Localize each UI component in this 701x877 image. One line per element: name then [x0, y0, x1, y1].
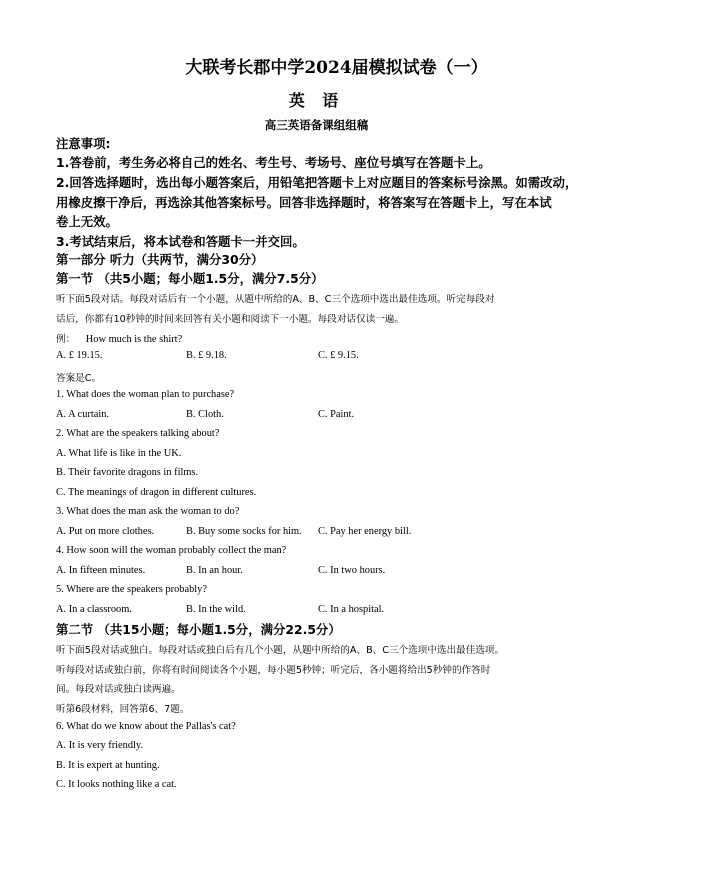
option-a: A. £ 19.15.: [56, 350, 102, 361]
option-a: A. Put on more clothes.: [56, 526, 154, 537]
section1-instruction: 听下面5段对话。每段对话后有一个小题，从题中所给的A、B、C三个选项中选出最佳选…: [56, 291, 494, 305]
option-a: A. A curtain.: [56, 409, 109, 420]
author-line: 高三英语备课组组稿: [0, 117, 667, 133]
option-b: B. £ 9.18.: [186, 350, 227, 361]
note-item: 用橡皮擦干净后，再选涂其他答案标号。回答非选择题时，将答案写在答题卡上，写在本试: [56, 193, 552, 211]
example-question-text: How much is the shirt?: [86, 334, 182, 345]
note-item: 卷上无效。: [56, 212, 118, 230]
option-b: B. It is expert at hunting.: [56, 760, 160, 771]
section1-instruction: 话后，你都有10秒钟的时间来回答有关小题和阅读下一小题。每段对话仅读一遍。: [56, 311, 404, 325]
option-b: B. Buy some socks for him.: [186, 526, 302, 537]
section2-instruction: 听每段对话或独白前，你将有时间阅读各个小题，每小题5秒钟；听完后，各小题将给出5…: [56, 662, 490, 676]
question-3: 3. What does the man ask the woman to do…: [56, 506, 239, 517]
example-label: 例：: [56, 334, 75, 345]
note-item: 3.考试结束后，将本试卷和答题卡一并交回。: [56, 232, 305, 250]
question-5: 5. Where are the speakers probably?: [56, 584, 207, 595]
option-a: A. In fifteen minutes.: [56, 565, 145, 576]
notes-heading: 注意事项:: [56, 134, 111, 152]
option-c: C. The meanings of dragon in different c…: [56, 487, 256, 498]
part1-heading: 第一部分 听力（共两节，满分30分）: [56, 250, 263, 268]
option-c: C. In two hours.: [318, 565, 385, 576]
note-item: 2.回答选择题时，选出每小题答案后，用铅笔把答题卡上对应题目的答案标号涂黑。如需…: [56, 173, 577, 191]
option-a: A. What life is like in the UK.: [56, 448, 181, 459]
subject-title: 英 语: [0, 88, 667, 111]
exam-page: 大联考长郡中学2024届模拟试卷（一） 英 语 高三英语备课组组稿 注意事项: …: [0, 0, 701, 877]
option-b: B. Their favorite dragons in films.: [56, 467, 198, 478]
section2-heading: 第二节 （共15小题；每小题1.5分，满分22.5分）: [56, 620, 341, 638]
option-c: C. In a hospital.: [318, 604, 384, 615]
option-c: C. £ 9.15.: [318, 350, 359, 361]
example-question: 例： How much is the shirt?: [56, 331, 182, 345]
question-4: 4. How soon will the woman probably coll…: [56, 545, 286, 556]
material-note: 听第6段材料，回答第6、7题。: [56, 701, 189, 715]
section1-heading: 第一节 （共5小题；每小题1.5分，满分7.5分）: [56, 269, 323, 287]
option-b: B. In an hour.: [186, 565, 243, 576]
option-c: C. It looks nothing like a cat.: [56, 779, 177, 790]
example-answer: 答案是C。: [56, 370, 101, 384]
option-a: A. It is very friendly.: [56, 740, 143, 751]
section2-instruction: 间。每段对话或独白读两遍。: [56, 681, 181, 695]
exam-title: 大联考长郡中学2024届模拟试卷（一）: [0, 53, 687, 78]
question-6: 6. What do we know about the Pallas's ca…: [56, 721, 236, 732]
section2-instruction: 听下面5段对话或独白。每段对话或独白后有几个小题，从题中所给的A、B、C三个选项…: [56, 642, 504, 656]
option-b: B. Cloth.: [186, 409, 224, 420]
option-b: B. In the wild.: [186, 604, 246, 615]
option-a: A. In a classroom.: [56, 604, 132, 615]
option-c: C. Paint.: [318, 409, 354, 420]
question-1: 1. What does the woman plan to purchase?: [56, 389, 234, 400]
note-item: 1.答卷前，考生务必将自己的姓名、考生号、考场号、座位号填写在答题卡上。: [56, 153, 491, 171]
question-2: 2. What are the speakers talking about?: [56, 428, 219, 439]
option-c: C. Pay her energy bill.: [318, 526, 411, 537]
